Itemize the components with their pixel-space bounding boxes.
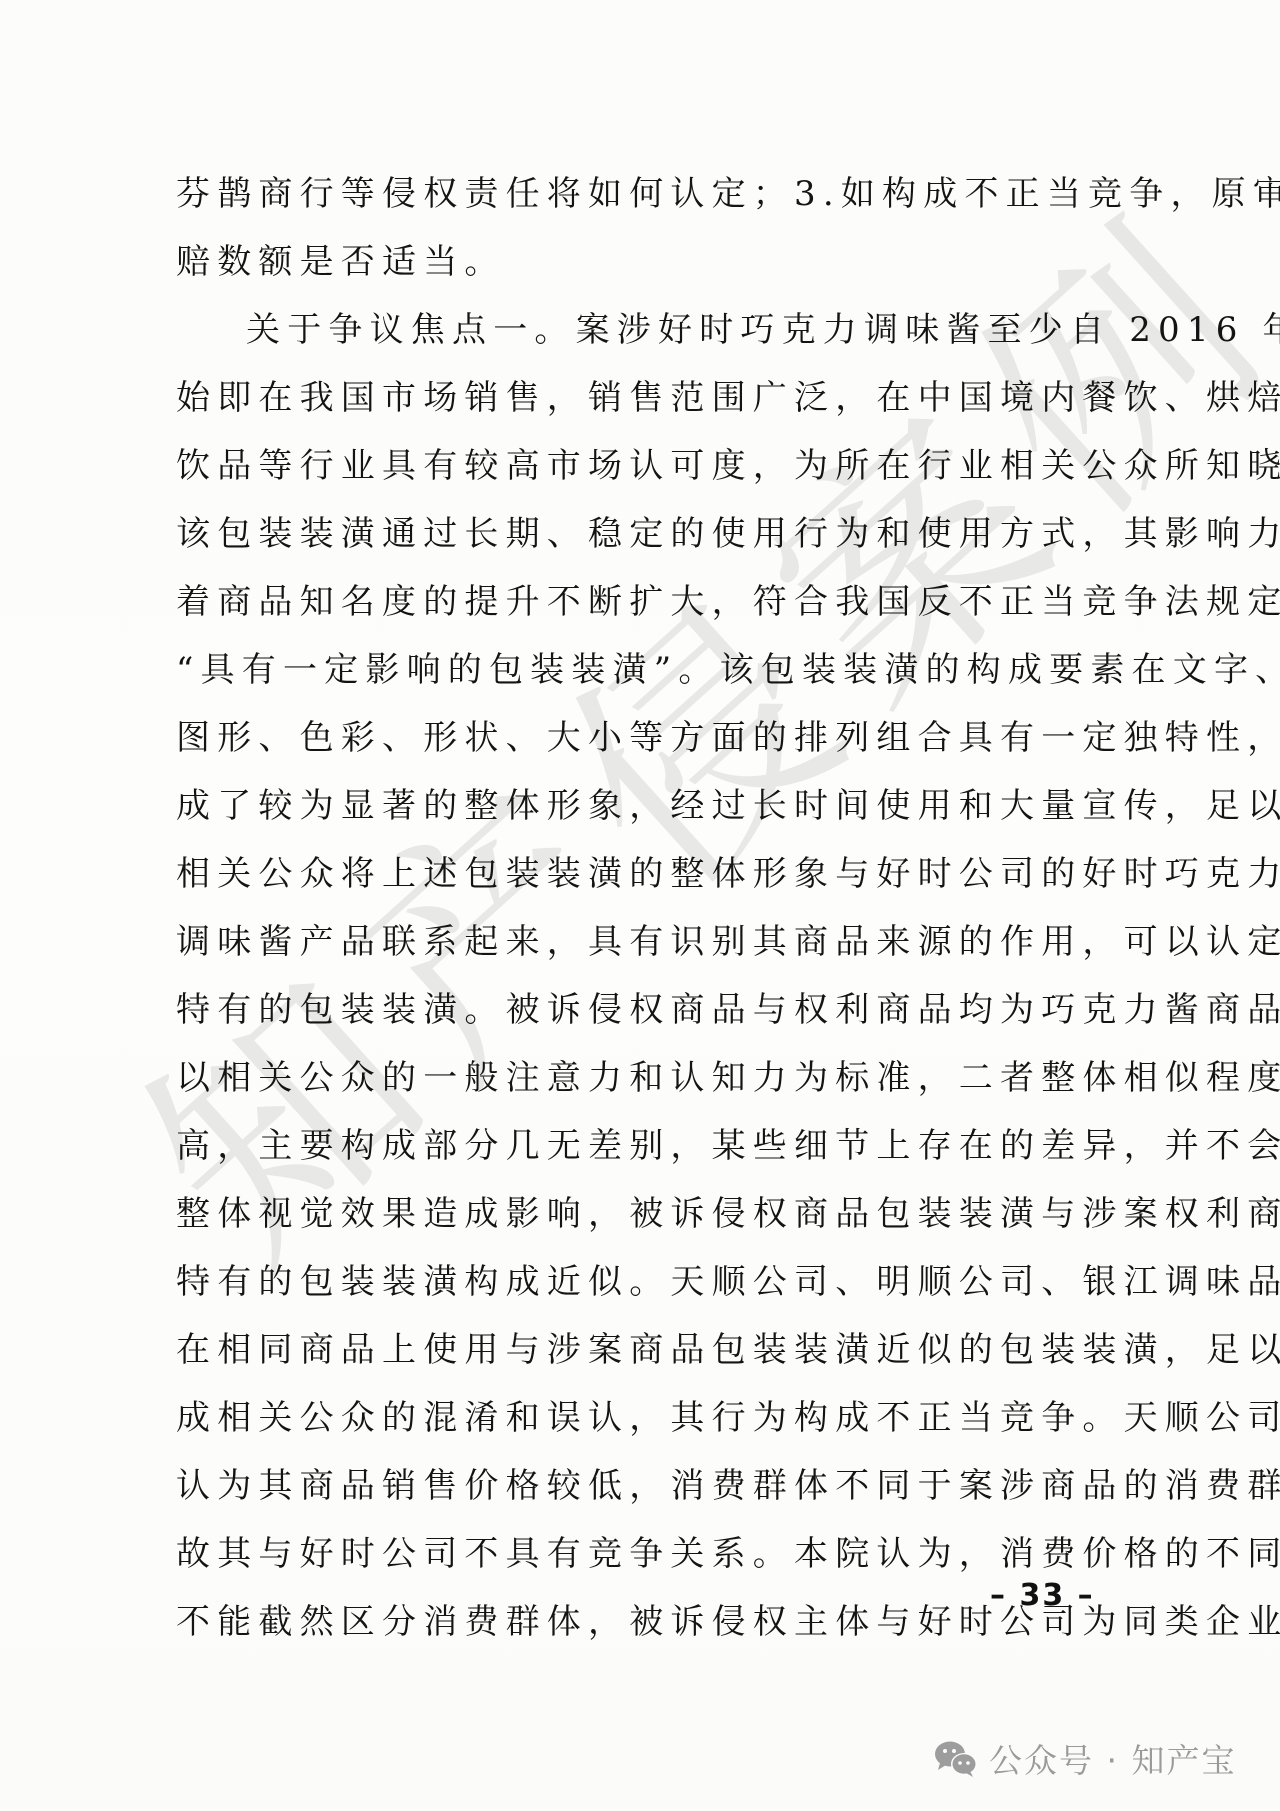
text-line: 着商品知名度的提升不断扩大，符合我国反不正当竞争法规定的 [176, 568, 1096, 636]
text-line: 故其与好时公司不具有竞争关系。本院认为，消费价格的不同并 [176, 1520, 1096, 1588]
text-line: 相关公众将上述包装装潢的整体形象与好时公司的好时巧克力 [176, 840, 1096, 908]
text-line: 始即在我国市场销售，销售范围广泛，在中国境内餐饮、烘焙、 [176, 364, 1096, 432]
text-line: 高，主要构成部分几无差别，某些细节上存在的差异，并不会对 [176, 1112, 1096, 1180]
text-line: 整体视觉效果造成影响，被诉侵权商品包装装潢与涉案权利商品 [176, 1180, 1096, 1248]
text-line: 不能截然区分消费群体，被诉侵权主体与好时公司为同类企业， [176, 1588, 1096, 1656]
text-line: “具有一定影响的包装装潢”。该包装装潢的构成要素在文字、 [176, 636, 1096, 704]
text-line: 以相关公众的一般注意力和认知力为标准，二者整体相似程度较 [176, 1044, 1096, 1112]
text-line: 成相关公众的混淆和误认，其行为构成不正当竞争。天顺公司等 [176, 1384, 1096, 1452]
text-line: 在相同商品上使用与涉案商品包装装潢近似的包装装潢，足以造 [176, 1316, 1096, 1384]
text-line: 成了较为显著的整体形象，经过长时间使用和大量宣传，足以使 [176, 772, 1096, 840]
text-line: 特有的包装装潢构成近似。天顺公司、明顺公司、银江调味品厂 [176, 1248, 1096, 1316]
document-page: 知产侵案例 芬鹊商行等侵权责任将如何认定；3.如构成不正当竞争，原审判 赔数额是… [0, 0, 1280, 1811]
footer-brand-label: 公众号 · 知产宝 [989, 1735, 1236, 1782]
text-line: 赔数额是否适当。 [176, 228, 1096, 296]
page-number: – 33 – [990, 1578, 1095, 1613]
text-line: 该包装装潢通过长期、稳定的使用行为和使用方式，其影响力随 [176, 500, 1096, 568]
wechat-icon [933, 1739, 979, 1779]
footer-brand: 公众号 · 知产宝 [933, 1735, 1236, 1782]
text-line: 调味酱产品联系起来，具有识别其商品来源的作用，可以认定为 [176, 908, 1096, 976]
text-line: 芬鹊商行等侵权责任将如何认定；3.如构成不正当竞争，原审判 [176, 160, 1096, 228]
text-line: 特有的包装装潢。被诉侵权商品与权利商品均为巧克力酱商品， [176, 976, 1096, 1044]
paragraph-start-line: 关于争议焦点一。案涉好时巧克力调味酱至少自 2016 年开 [176, 296, 1096, 364]
document-body: 芬鹊商行等侵权责任将如何认定；3.如构成不正当竞争，原审判 赔数额是否适当。 关… [176, 160, 1096, 1656]
text-line: 饮品等行业具有较高市场认可度，为所在行业相关公众所知晓。 [176, 432, 1096, 500]
text-line: 认为其商品销售价格较低，消费群体不同于案涉商品的消费群体， [176, 1452, 1096, 1520]
text-line: 图形、色彩、形状、大小等方面的排列组合具有一定独特性，形 [176, 704, 1096, 772]
